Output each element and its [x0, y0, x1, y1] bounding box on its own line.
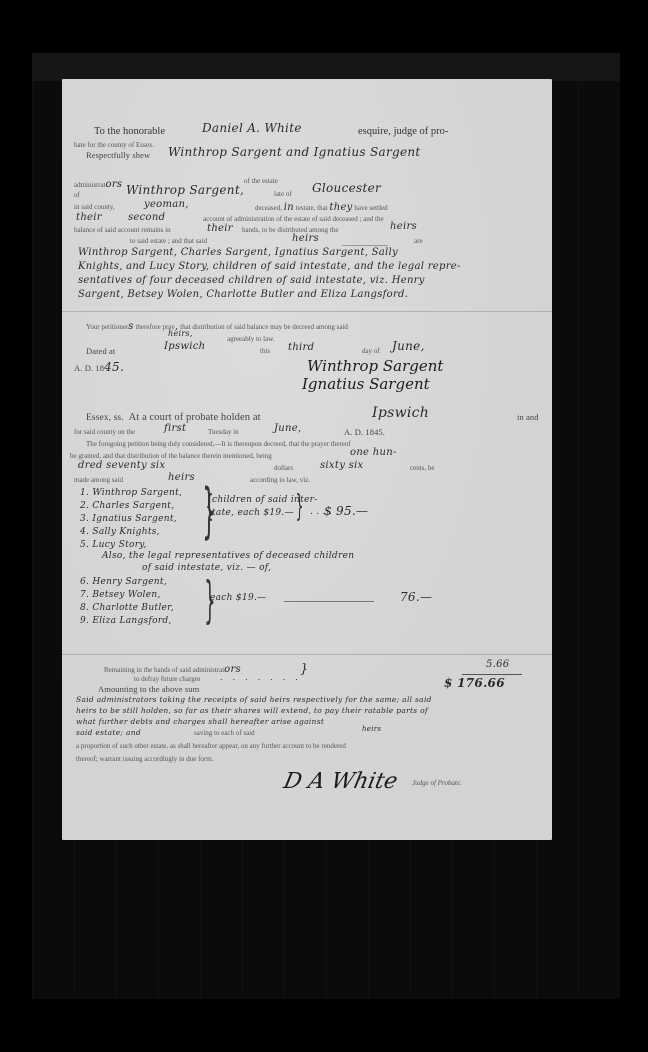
signature-ignatius: Ignatius Sargent	[302, 375, 430, 393]
heir-7: 7. Betsey Wolen,	[80, 590, 161, 600]
month: June,	[392, 339, 425, 353]
occupation: yeoman,	[144, 199, 189, 210]
also-line-1: Also, the legal representatives of decea…	[102, 551, 354, 561]
dated-place: Ipswich	[164, 341, 205, 352]
of-the-estate: of the estate	[244, 177, 278, 185]
are-label: are	[414, 237, 423, 245]
in-and: in and	[517, 412, 539, 422]
petitioners: Winthrop Sargent and Ignatius Sargent	[168, 145, 421, 159]
said-estate: said estate; and	[76, 728, 141, 737]
judge-signature: D A White	[281, 769, 400, 794]
ad-label: A. D. 1845.	[74, 360, 124, 374]
heirs-3: heirs,	[168, 329, 193, 338]
heirs-1: heirs	[390, 221, 417, 232]
late-of: late of	[274, 190, 292, 198]
frame-top-edge	[32, 53, 620, 81]
heir-1: 1. Winthrop Sargent,	[80, 488, 182, 498]
amounting-text: Amounting to the above sum	[98, 684, 199, 694]
their-hands: their	[207, 223, 233, 234]
considered-text: The foregoing petition being duly consid…	[86, 440, 351, 448]
balance-text: balance of said account remains in	[74, 226, 171, 234]
heir-3: 3. Ignatius Sargent,	[80, 514, 177, 524]
admin-clause-1: Said administrators taking the receipts …	[76, 695, 432, 704]
pray-text: Your petitioners therefore pray, that di…	[86, 321, 348, 332]
hands-text: hands, to be distributed among the	[242, 226, 338, 234]
admin-clause-3: what further debts and charges shall her…	[76, 717, 324, 726]
children-total: $ 95.—	[324, 504, 368, 518]
heir-9: 9. Eliza Langsford,	[80, 616, 172, 626]
heir-4: 4. Sally Knights,	[80, 527, 160, 537]
administrat-label: administrators	[74, 179, 122, 190]
day-of: day of	[362, 347, 380, 355]
dollars-label: dollars	[274, 464, 293, 472]
decree-month: June,	[274, 423, 302, 434]
decree-ad: A. D. 1845.	[344, 427, 385, 437]
in-said-county: in said county,	[74, 203, 115, 211]
total-amount: $ 176.66	[444, 676, 505, 690]
tuesday-in: Tuesday in	[208, 428, 239, 436]
brace-icon: }	[296, 492, 304, 522]
heirs-2: heirs	[292, 233, 319, 244]
dot-leader: .......	[220, 673, 308, 682]
cents-words: sixty six	[320, 460, 364, 471]
essex-ss: Essex, ss. At a court of probate holden …	[86, 412, 261, 423]
to-said-estate: to said estate ; and that said	[130, 237, 207, 245]
remaining-amount: 5.66	[486, 659, 509, 670]
heirs-line-4: Sargent, Betsey Wolen, Charlotte Butler …	[78, 289, 408, 300]
proportion-text: a proportion of such other estate, as sh…	[76, 742, 346, 750]
fold-line	[62, 654, 552, 655]
their: their	[76, 212, 102, 223]
heir-8: 8. Charlotte Butler,	[80, 603, 174, 613]
heirs-saving: heirs	[362, 725, 381, 733]
judge-name: Daniel A. White	[202, 121, 302, 135]
remaining-text-2: to defray future charges	[134, 675, 201, 683]
leader-line	[284, 601, 374, 602]
representatives-total: 76.—	[400, 590, 432, 604]
sum-line	[462, 674, 522, 675]
heirs-line-2: Knights, and Lucy Story, children of sai…	[78, 261, 461, 272]
agreeably: agreeably to law.	[227, 335, 275, 343]
cents-be: cents, be	[410, 464, 435, 472]
warrant-text: thereof; warrant issuing accordingly in …	[76, 755, 213, 763]
amount-words-1: one hun-	[350, 447, 397, 458]
saving-to: saving to each of said	[194, 729, 255, 737]
to-the-honorable: To the honorable	[94, 126, 165, 137]
account-ordinal: second	[128, 212, 165, 223]
representatives-note: each $19.—	[210, 593, 266, 603]
blank-line	[342, 245, 388, 246]
of-label: of	[74, 191, 80, 199]
day-ordinal: third	[288, 342, 314, 353]
made-among: made among said	[74, 476, 123, 484]
dated-at: Dated at	[86, 346, 115, 356]
granted-text: be granted, and that distribution of the…	[70, 452, 272, 460]
court-place: Ipswich	[372, 405, 429, 421]
according-to-law: according to law, viz.	[250, 476, 310, 484]
this-label: this	[260, 347, 270, 355]
heirs-line-3: sentatives of four deceased children of …	[78, 275, 425, 286]
heir-5: 5. Lucy Story,	[80, 540, 147, 550]
residence: Gloucester	[312, 181, 381, 195]
respectfully-shews: Respectfully shew	[86, 150, 150, 160]
children-note-2: tate, each $19.—	[212, 508, 294, 518]
signature-winthrop: Winthrop Sargent	[307, 357, 443, 375]
amount-words-2: dred seventy six	[78, 460, 165, 471]
heir-6: 6. Henry Sargent,	[80, 577, 167, 587]
deceased-name: Winthrop Sargent,	[126, 183, 244, 197]
judge-of-probate: Judge of Probate.	[412, 779, 462, 787]
fold-line	[62, 311, 552, 312]
ordinal-tuesday: first	[164, 423, 186, 434]
admin-clause-2: heirs to be still holden, so far as thei…	[76, 706, 428, 715]
probate-document: To the honorable Daniel A. White esquire…	[62, 79, 552, 840]
deceased-label: deceased, in testate, that they have set…	[255, 202, 388, 213]
heirs-line-1: Winthrop Sargent, Charles Sargent, Ignat…	[78, 247, 398, 258]
account-text: account of administration of the estate …	[203, 215, 384, 223]
heir-2: 2. Charles Sargent,	[80, 501, 174, 511]
esquire-judge: esquire, judge of pro-	[358, 126, 448, 137]
decree-heirs: heirs	[168, 472, 195, 483]
for-said-county: for said county on the	[74, 428, 135, 436]
bate-county: bate for the county of Essex.	[74, 141, 154, 149]
